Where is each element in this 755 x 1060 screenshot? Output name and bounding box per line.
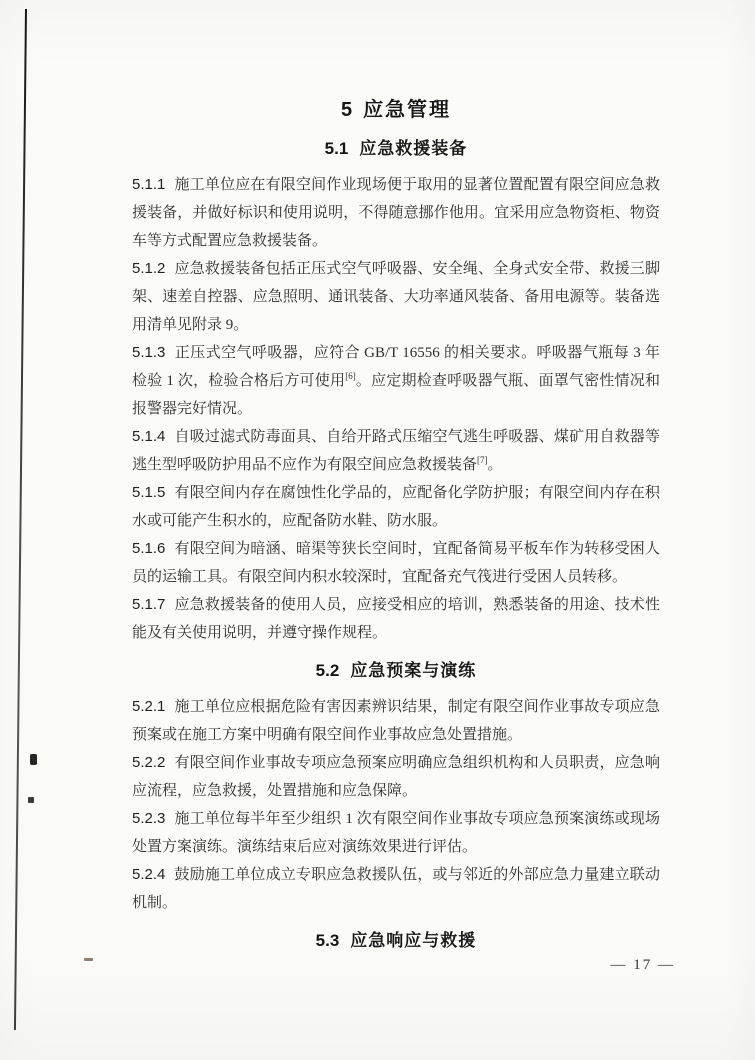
clause-text: 施工单位应根据危险有害因素辨识结果，制定有限空间作业事故专项应急预案或在施工方案… xyxy=(132,699,660,743)
clause-5-2-1: 5.2.1施工单位应根据危险有害因素辨识结果，制定有限空间作业事故专项应急预案或… xyxy=(132,693,660,749)
section-number: 5.2 xyxy=(316,661,340,680)
clause-number: 5.1.7 xyxy=(132,596,165,613)
clause-5-1-5: 5.1.5有限空间内存在腐蚀性化学品的，应配备化学防护服；有限空间内存在积水或可… xyxy=(132,479,660,535)
section-title: 应急响应与救援 xyxy=(350,931,476,950)
scan-artifact-notch xyxy=(28,797,34,803)
chapter-heading: 5应急管理 xyxy=(132,98,660,122)
clause-text: 正压式空气呼吸器，应符合 GB/T 16556 的相关要求。呼吸器气瓶每 3 年… xyxy=(132,345,660,417)
clause-number: 5.1.4 xyxy=(132,428,165,445)
clause-text: 有限空间作业事故专项应急预案应明确应急组织机构和人员职责，应急响应流程，应急救援… xyxy=(132,755,660,799)
page-number: — 17 — xyxy=(611,957,676,974)
clause-number: 5.2.4 xyxy=(132,866,165,883)
section-number: 5.1 xyxy=(325,139,349,158)
clause-text: 鼓励施工单位成立专职应急救援队伍，或与邻近的外部应急力量建立联动机制。 xyxy=(132,867,660,911)
section-number: 5.3 xyxy=(316,931,340,950)
clause-5-1-3: 5.1.3正压式空气呼吸器，应符合 GB/T 16556 的相关要求。呼吸器气瓶… xyxy=(132,339,660,423)
clause-5-1-1: 5.1.1施工单位应在有限空间作业现场便于取用的显著位置配置有限空间应急救援装备… xyxy=(132,171,660,255)
clause-5-1-7: 5.1.7应急救援装备的使用人员，应接受相应的培训，熟悉装备的用途、技术性能及有… xyxy=(132,591,660,647)
clause-number: 5.2.3 xyxy=(132,810,165,827)
clause-number: 5.1.2 xyxy=(132,260,165,277)
chapter-number: 5 xyxy=(341,99,352,121)
clause-text: 施工单位每半年至少组织 1 次有限空间作业事故专项应急预案演练或现场处置方案演练… xyxy=(132,811,660,855)
section-title: 应急预案与演练 xyxy=(350,661,476,680)
clause-text: 施工单位应在有限空间作业现场便于取用的显著位置配置有限空间应急救援装备，并做好标… xyxy=(132,177,660,249)
scan-artifact-line xyxy=(14,9,27,1030)
scan-artifact-dash xyxy=(84,958,93,961)
clause-5-1-4: 5.1.4自吸过滤式防毒面具、自给开路式压缩空气逃生呼吸器、煤矿用自救器等逃生型… xyxy=(132,423,660,479)
document-page: 5应急管理 5.1应急救援装备 5.1.1施工单位应在有限空间作业现场便于取用的… xyxy=(0,0,755,1060)
clause-number: 5.2.1 xyxy=(132,698,165,715)
clause-text: 有限空间为暗涵、暗渠等狭长空间时，宜配备简易平板车作为转移受困人员的运输工具。有… xyxy=(132,541,660,585)
clause-5-2-4: 5.2.4鼓励施工单位成立专职应急救援队伍，或与邻近的外部应急力量建立联动机制。 xyxy=(132,861,660,917)
clause-text: 自吸过滤式防毒面具、自给开路式压缩空气逃生呼吸器、煤矿用自救器等逃生型呼吸防护用… xyxy=(132,429,660,473)
clause-5-1-2: 5.1.2应急救援装备包括正压式空气呼吸器、安全绳、全身式安全带、救援三脚架、速… xyxy=(132,255,660,339)
section-heading-5-2: 5.2应急预案与演练 xyxy=(132,660,660,682)
clause-text: 有限空间内存在腐蚀性化学品的，应配备化学防护服；有限空间内存在积水或可能产生积水… xyxy=(132,485,660,529)
section-title: 应急救援装备 xyxy=(359,139,467,158)
clause-5-1-6: 5.1.6有限空间为暗涵、暗渠等狭长空间时，宜配备简易平板车作为转移受困人员的运… xyxy=(132,535,660,591)
clause-number: 5.1.5 xyxy=(132,484,165,501)
clause-number: 5.1.3 xyxy=(132,344,165,361)
scan-artifact-blob xyxy=(30,754,37,765)
document-content: 5应急管理 5.1应急救援装备 5.1.1施工单位应在有限空间作业现场便于取用的… xyxy=(132,0,660,963)
chapter-title: 应急管理 xyxy=(363,99,451,121)
clause-text: 应急救援装备包括正压式空气呼吸器、安全绳、全身式安全带、救援三脚架、速差自控器、… xyxy=(132,261,660,333)
clause-text: 应急救援装备的使用人员，应接受相应的培训，熟悉装备的用途、技术性能及有关使用说明… xyxy=(132,597,660,641)
section-heading-5-3: 5.3应急响应与救援 xyxy=(132,930,660,952)
clause-number: 5.1.6 xyxy=(132,540,165,557)
clause-number: 5.1.1 xyxy=(132,176,165,193)
clause-5-2-2: 5.2.2有限空间作业事故专项应急预案应明确应急组织机构和人员职责，应急响应流程… xyxy=(132,749,660,805)
clause-number: 5.2.2 xyxy=(132,754,165,771)
clause-5-2-3: 5.2.3施工单位每半年至少组织 1 次有限空间作业事故专项应急预案演练或现场处… xyxy=(132,805,660,861)
section-heading-5-1: 5.1应急救援装备 xyxy=(132,138,660,160)
